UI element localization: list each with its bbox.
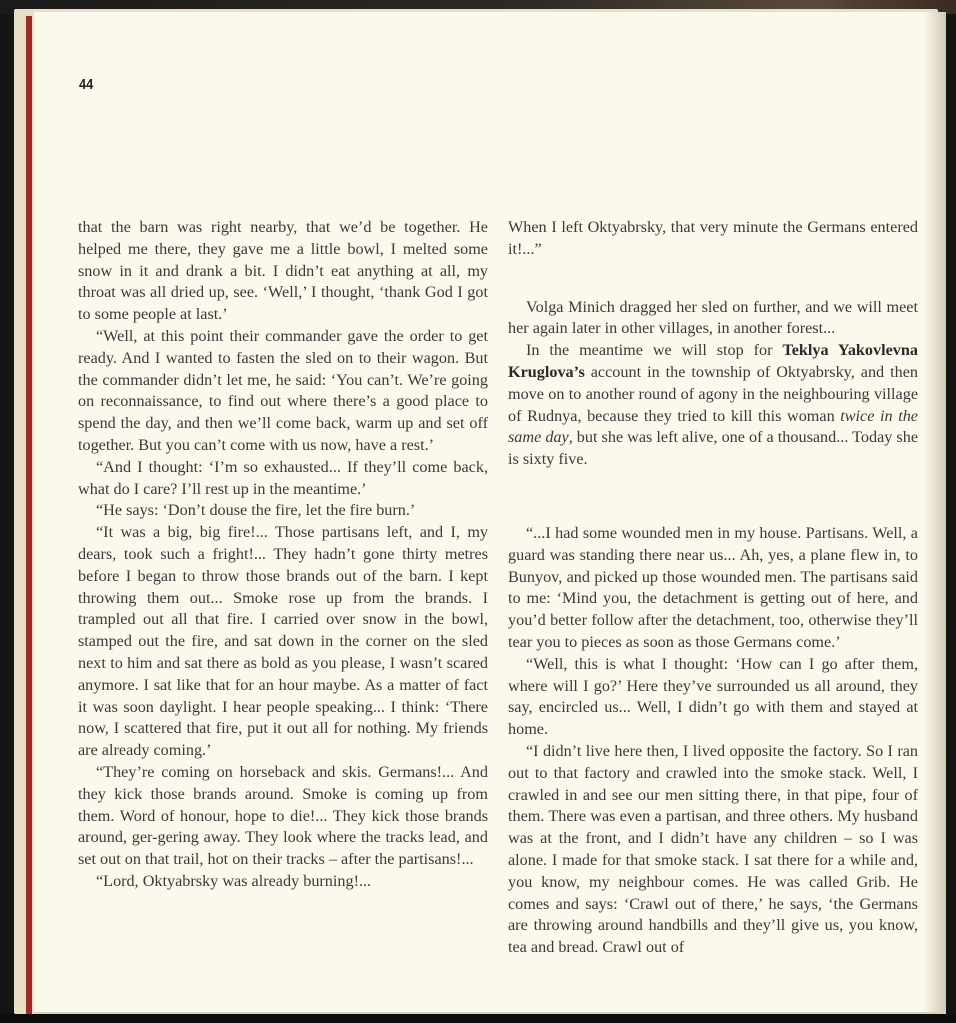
book-page: 44 that the barn was right nearby, that … — [34, 12, 946, 1014]
section-break — [508, 471, 918, 523]
continuation-paragraph: When I left Oktyabrsky, that very minute… — [508, 217, 918, 261]
narration-paragraph: Volga Minich dragged her sled on further… — [508, 297, 918, 341]
paragraph: that the barn was right nearby, that we’… — [78, 217, 488, 326]
left-column: that the barn was right nearby, that we’… — [78, 217, 488, 893]
paragraph: “...I had some wounded men in my house. … — [508, 523, 918, 654]
paragraph: “He says: ‘Don’t douse the fire, let the… — [78, 500, 488, 522]
paragraph: “Lord, Oktyabrsky was already burning!..… — [78, 871, 488, 893]
narration-paragraph: In the meantime we will stop for Teklya … — [508, 340, 918, 471]
page-gutter-shadow — [924, 12, 946, 1012]
narration-text: , but she was left alive, one of a thou­… — [508, 428, 918, 468]
right-column: When I left Oktyabrsky, that very minute… — [508, 217, 918, 959]
red-page-edge — [26, 16, 32, 1016]
paragraph: “I didn’t live here then, I lived opposi… — [508, 741, 918, 959]
paragraph: “It was a big, big fire!... Those partis… — [78, 522, 488, 762]
paragraph: “And I thought: ‘I’m so exhausted... If … — [78, 457, 488, 501]
page-number: 44 — [79, 76, 93, 93]
paragraph: “Well, at this point their commander gav… — [78, 326, 488, 457]
book-bottom-edge — [0, 1014, 956, 1023]
paragraph: “Well, this is what I thought: ‘How can … — [508, 654, 918, 741]
paragraph: “They’re coming on horseback and skis. G… — [78, 762, 488, 871]
narration-text: In the meantime we will stop for — [526, 341, 782, 359]
section-break — [508, 261, 918, 297]
